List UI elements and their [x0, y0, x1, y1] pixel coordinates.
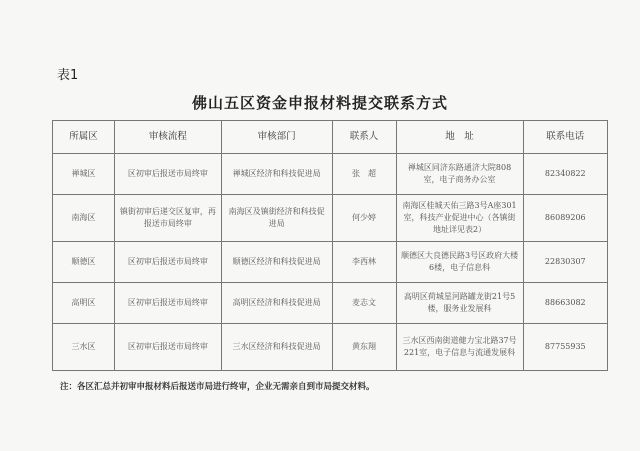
- cell-department: 三水区经济和科技促进局: [221, 324, 332, 371]
- footnote: 注：各区汇总并初审申报材料后报送市局进行终审，企业无需亲自到市局提交材料。: [60, 380, 375, 392]
- table-row: 顺德区 区初审后报送市局终审 顺德区经济和科技促进局 李西林 顺德区大良德民路3…: [53, 242, 608, 283]
- cell-department: 禅城区经济和科技促进局: [221, 154, 332, 195]
- header-phone: 联系电话: [523, 121, 607, 154]
- cell-department: 顺德区经济和科技促进局: [221, 242, 332, 283]
- header-process: 审核流程: [115, 121, 222, 154]
- cell-department: 高明区经济和科技促进局: [221, 283, 332, 324]
- cell-process: 区初审后报送市局终审: [115, 154, 222, 195]
- cell-address: 高明区荷城星河路罐龙街21号5楼，服务业发展科: [396, 283, 523, 324]
- table-row: 高明区 区初审后报送市局终审 高明区经济和科技促进局 麦志文 高明区荷城星河路罐…: [53, 283, 608, 324]
- contact-table: 所属区 审核流程 审核部门 联系人 地 址 联系电话 禅城区 区初审后报送市局终…: [52, 120, 608, 371]
- cell-contact: 麦志文: [332, 283, 396, 324]
- cell-contact: 何少婷: [332, 195, 396, 242]
- header-contact: 联系人: [332, 121, 396, 154]
- table-header-row: 所属区 审核流程 审核部门 联系人 地 址 联系电话: [53, 121, 608, 154]
- cell-department: 南海区及镇街经济和科技促进局: [221, 195, 332, 242]
- cell-phone: 22830307: [523, 242, 607, 283]
- cell-phone: 82340822: [523, 154, 607, 195]
- cell-district: 顺德区: [53, 242, 115, 283]
- cell-address: 南海区桂城天佑三路3号A座301室，科技产业促进中心（各镇街地址详见表2）: [396, 195, 523, 242]
- cell-contact: 李西林: [332, 242, 396, 283]
- table-label: 表1: [57, 64, 78, 83]
- cell-district: 南海区: [53, 195, 115, 242]
- document-page: 表1 佛山五区资金申报材料提交联系方式 所属区 审核流程 审核部门 联系人 地 …: [0, 0, 640, 451]
- cell-address: 顺德区大良德民路3号区政府大楼6楼，电子信息科: [396, 242, 523, 283]
- header-department: 审核部门: [221, 121, 332, 154]
- cell-contact: 黄东翔: [332, 324, 396, 371]
- cell-process: 区初审后报送市局终审: [115, 242, 222, 283]
- cell-district: 禅城区: [53, 154, 115, 195]
- cell-phone: 86089206: [523, 195, 607, 242]
- cell-district: 三水区: [53, 324, 115, 371]
- cell-contact: 张 超: [332, 154, 396, 195]
- table-row: 三水区 区初审后报送市局终审 三水区经济和科技促进局 黄东翔 三水区西南街道健力…: [53, 324, 608, 371]
- cell-phone: 87755935: [523, 324, 607, 371]
- table-row: 南海区 镇街初审后递交区复审，再报送市局终审 南海区及镇街经济和科技促进局 何少…: [53, 195, 608, 242]
- cell-address: 禅城区同济东路通济大院808室，电子商务办公室: [396, 154, 523, 195]
- table-row: 禅城区 区初审后报送市局终审 禅城区经济和科技促进局 张 超 禅城区同济东路通济…: [53, 154, 608, 195]
- cell-phone: 88663082: [523, 283, 607, 324]
- cell-process: 区初审后报送市局终审: [115, 283, 222, 324]
- cell-district: 高明区: [53, 283, 115, 324]
- cell-address: 三水区西南街道健力宝北路37号221室，电子信息与流通发展科: [396, 324, 523, 371]
- header-district: 所属区: [53, 121, 115, 154]
- document-title: 佛山五区资金申报材料提交联系方式: [0, 92, 640, 113]
- cell-process: 区初审后报送市局终审: [115, 324, 222, 371]
- cell-process: 镇街初审后递交区复审，再报送市局终审: [115, 195, 222, 242]
- header-address: 地 址: [396, 121, 523, 154]
